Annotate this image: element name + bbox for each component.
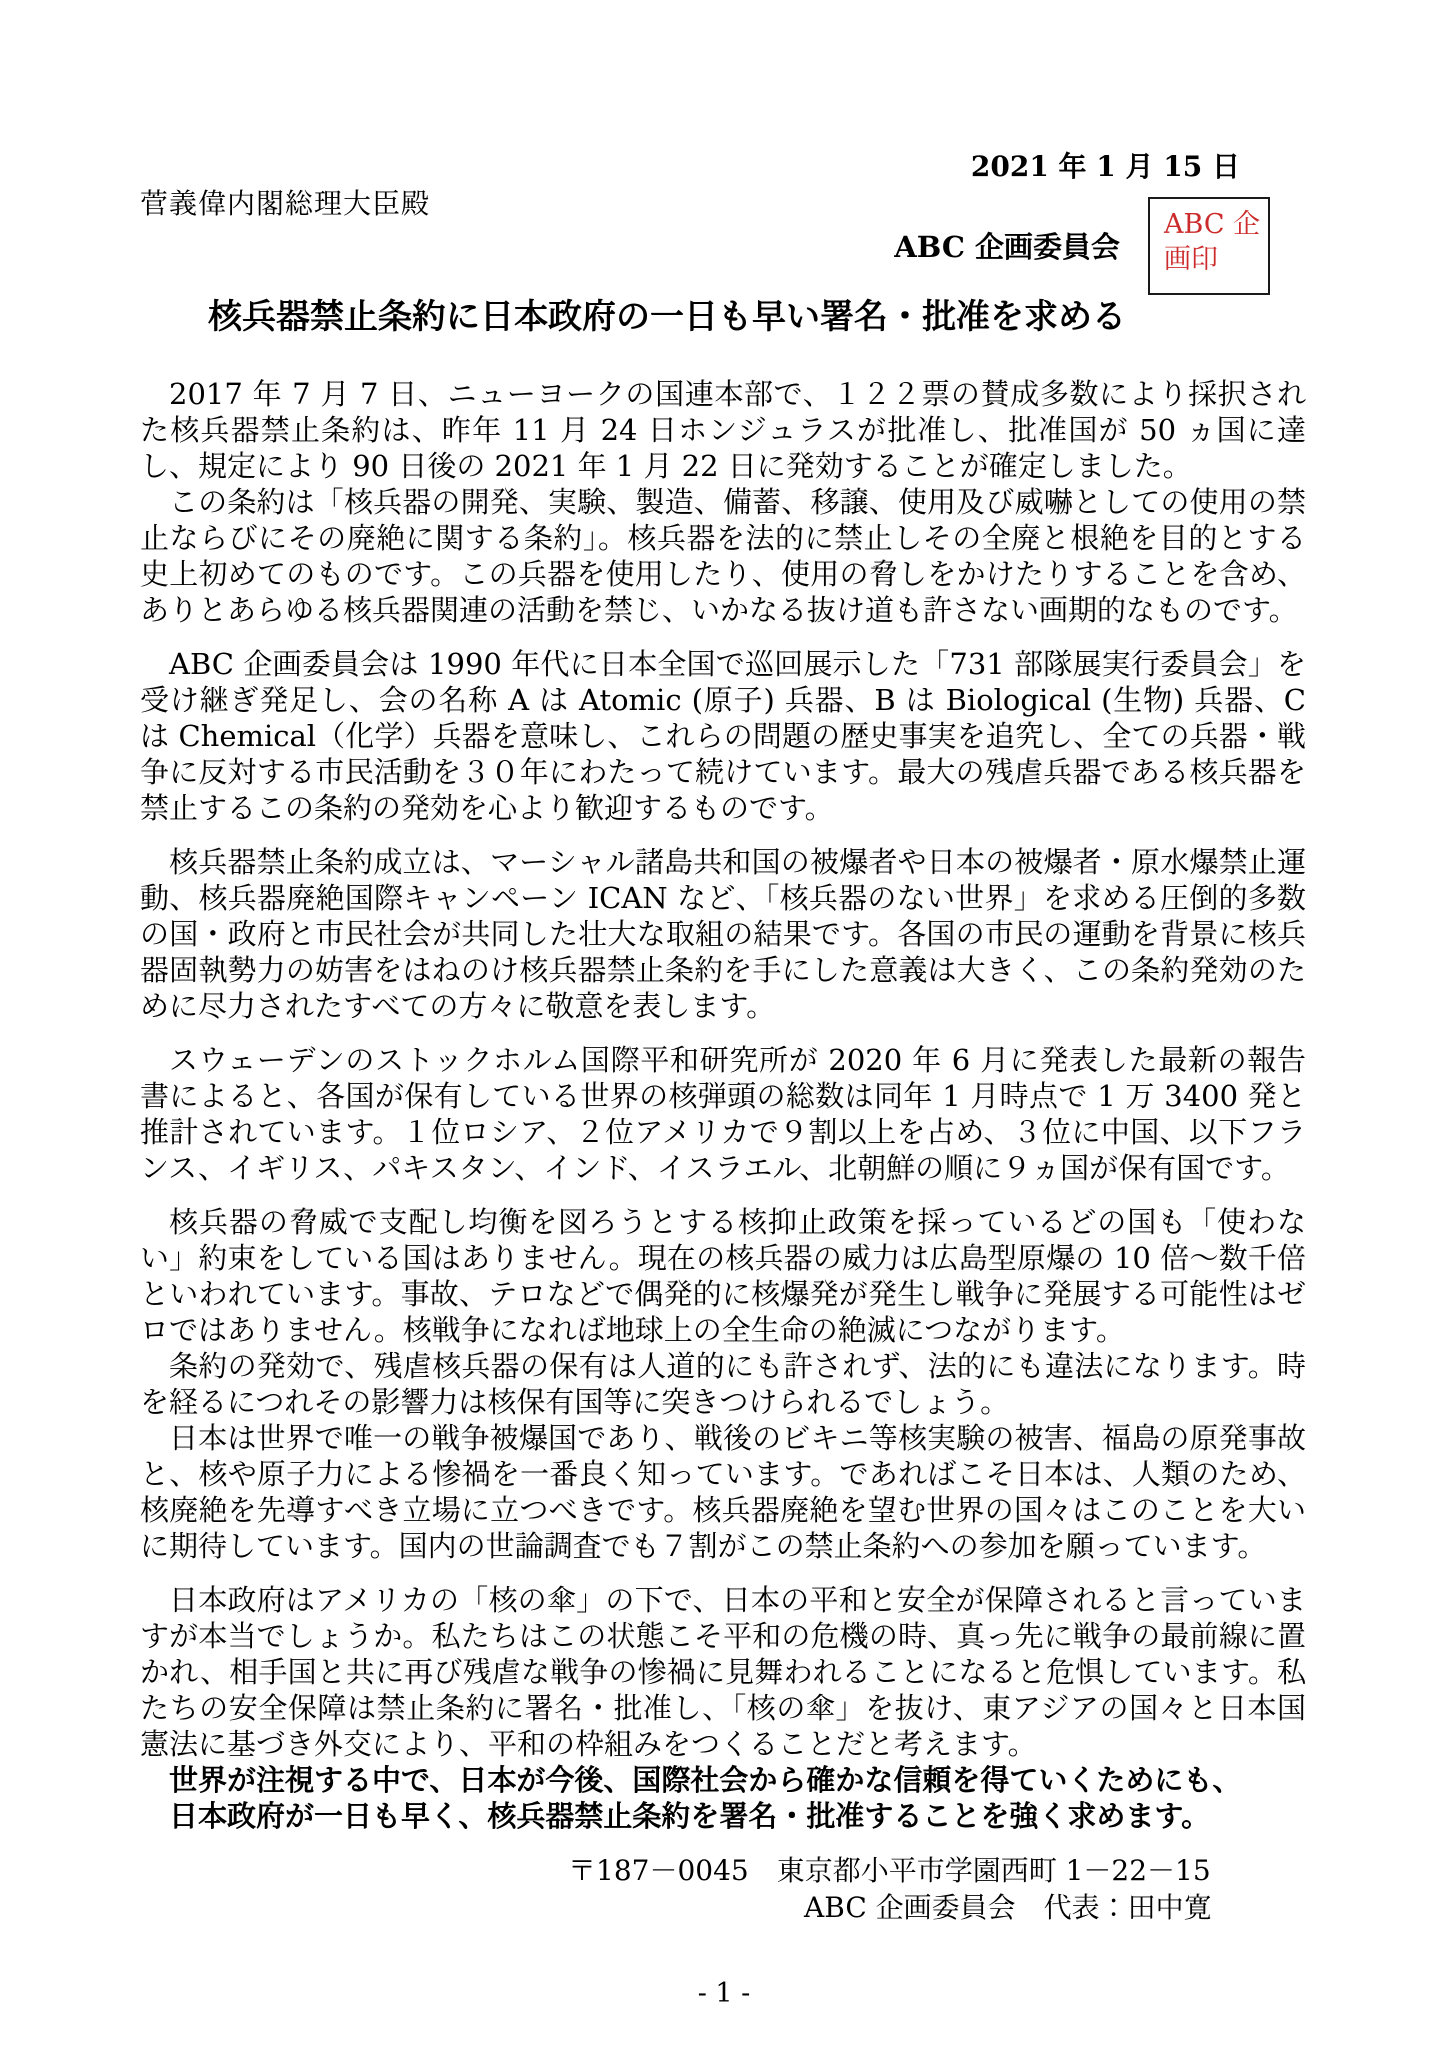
body-block-6: 日本政府はアメリカの「核の傘」の下で、日本の平和と安全が保障されると言っています… bbox=[140, 1582, 1306, 1834]
committee-seal-stamp: ABC 企 画印 bbox=[1148, 197, 1270, 295]
body-block-2: ABC 企画委員会は 1990 年代に日本全国で巡回展示した「731 部隊展実行… bbox=[140, 646, 1306, 826]
body-block-1: 2017 年 7 月 7 日、ニューヨークの国連本部で、１２２票の賛成多数により… bbox=[140, 376, 1306, 628]
document-body: 2017 年 7 月 7 日、ニューヨークの国連本部で、１２２票の賛成多数により… bbox=[140, 376, 1306, 1834]
stamp-text-line2: 画印 bbox=[1164, 242, 1264, 277]
paragraph: 条約の発効で、残虐核兵器の保有は人道的にも許されず、法的にも違法になります。時を… bbox=[140, 1348, 1306, 1420]
footer-organization: ABC 企画委員会 代表：田中寛 bbox=[804, 1889, 1306, 1926]
paragraph: 日本は世界で唯一の戦争被爆国であり、戦後のビキニ等核実験の被害、福島の原発事故と… bbox=[140, 1420, 1306, 1564]
paragraph: スウェーデンのストックホルム国際平和研究所が 2020 年 6 月に発表した最新… bbox=[140, 1042, 1306, 1186]
addressee: 菅義偉内閣総理大臣殿 bbox=[140, 186, 1306, 222]
document-title: 核兵器禁止条約に日本政府の一日も早い署名・批准を求める bbox=[140, 296, 1306, 338]
body-block-5: 核兵器の脅威で支配し均衡を図ろうとする核抑止政策を採っているどの国も「使わない」… bbox=[140, 1204, 1306, 1564]
sender-committee: ABC 企画委員会 bbox=[140, 230, 1306, 264]
body-block-3: 核兵器禁止条約成立は、マーシャル諸島共和国の被爆者や日本の被爆者・原水爆禁止運動… bbox=[140, 844, 1306, 1024]
document-date: 2021 年 1 月 15 日 bbox=[140, 150, 1306, 184]
paragraph: ABC 企画委員会は 1990 年代に日本全国で巡回展示した「731 部隊展実行… bbox=[140, 646, 1306, 826]
document-page: 2021 年 1 月 15 日 菅義偉内閣総理大臣殿 ABC 企画委員会 ABC… bbox=[0, 0, 1448, 2048]
paragraph: 核兵器禁止条約成立は、マーシャル諸島共和国の被爆者や日本の被爆者・原水爆禁止運動… bbox=[140, 844, 1306, 1024]
stamp-text-line1: ABC 企 bbox=[1164, 207, 1264, 242]
document-footer: 〒187－0045 東京都小平市学園西町 1－22－15 ABC 企画委員会 代… bbox=[140, 1852, 1306, 1926]
paragraph: 核兵器の脅威で支配し均衡を図ろうとする核抑止政策を採っているどの国も「使わない」… bbox=[140, 1204, 1306, 1348]
closing-demand-line-2: 日本政府が一日も早く、核兵器禁止条約を署名・批准することを強く求めます。 bbox=[140, 1798, 1306, 1834]
page-number: - 1 - bbox=[0, 1978, 1448, 2009]
paragraph: 日本政府はアメリカの「核の傘」の下で、日本の平和と安全が保障されると言っています… bbox=[140, 1582, 1306, 1762]
closing-demand-line-1: 世界が注視する中で、日本が今後、国際社会から確かな信頼を得ていくためにも、 bbox=[140, 1762, 1306, 1798]
paragraph: 2017 年 7 月 7 日、ニューヨークの国連本部で、１２２票の賛成多数により… bbox=[140, 376, 1306, 484]
paragraph: この条約は「核兵器の開発、実験、製造、備蓄、移譲、使用及び威嚇としての使用の禁止… bbox=[140, 484, 1306, 628]
footer-address: 〒187－0045 東京都小平市学園西町 1－22－15 bbox=[568, 1852, 1306, 1889]
body-block-4: スウェーデンのストックホルム国際平和研究所が 2020 年 6 月に発表した最新… bbox=[140, 1042, 1306, 1186]
